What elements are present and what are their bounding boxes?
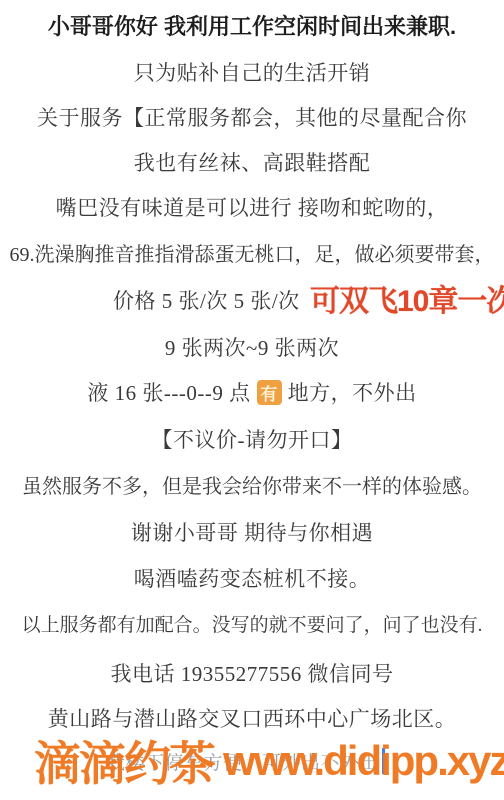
extra-services-line: 以上服务都有加配合。没写的就不要问了，问了也没有. xyxy=(0,610,504,637)
watermark-brand: 滴滴约茶 xyxy=(34,727,214,794)
watermark: 滴滴约茶 www.didipp.xyz xyxy=(34,727,504,794)
thanks-line: 谢谢小哥哥 期待与你相遇 xyxy=(0,517,504,547)
availability-suffix: 地方，不外出 xyxy=(288,377,417,407)
have-badge-icon: 有 xyxy=(257,380,282,405)
refuse-line: 喝酒嗑药变态桩机不接。 xyxy=(0,563,504,593)
experience-line: 虽然服务不多，但是我会给你带来不一样的体验感。 xyxy=(0,470,504,499)
intro-line: 小哥哥你好 我利用工作空闲时间出来兼职. xyxy=(0,10,504,41)
availability-line: 液 16 张---0--9 点 有 地方，不外出 xyxy=(0,377,504,407)
price-two-line: 9 张两次~9 张两次 xyxy=(0,332,504,362)
availability-prefix: 液 16 张---0--9 点 xyxy=(87,377,250,407)
contact-line: 我电话 19355277556 微信同号 xyxy=(0,658,504,688)
price-line: 价格 5 张/次 5 张/次 可双飞10章一次 xyxy=(0,283,504,325)
purpose-line: 只为贴补自己的生活开销 xyxy=(0,57,504,87)
kiss-line: 嘴巴没有味道是可以进行 接吻和蛇吻的， xyxy=(0,192,504,222)
double-fly-annotation: 可双飞10章一次 xyxy=(310,276,504,320)
price-text: 价格 5 张/次 5 张/次 xyxy=(113,285,300,315)
outfit-line: 我也有丝袜、高跟鞋搭配 xyxy=(0,147,504,177)
service-detail-line: 69.洗澡胸推音推指滑舔蛋无桃口，足，做必须要带套， xyxy=(0,238,504,267)
service-line: 关于服务【正常服务都会，其他的尽量配合你 xyxy=(0,102,504,132)
watermark-url: www.didipp.xyz xyxy=(223,737,504,785)
no-bargain-line: 【不议价-请勿开口】 xyxy=(0,424,504,454)
